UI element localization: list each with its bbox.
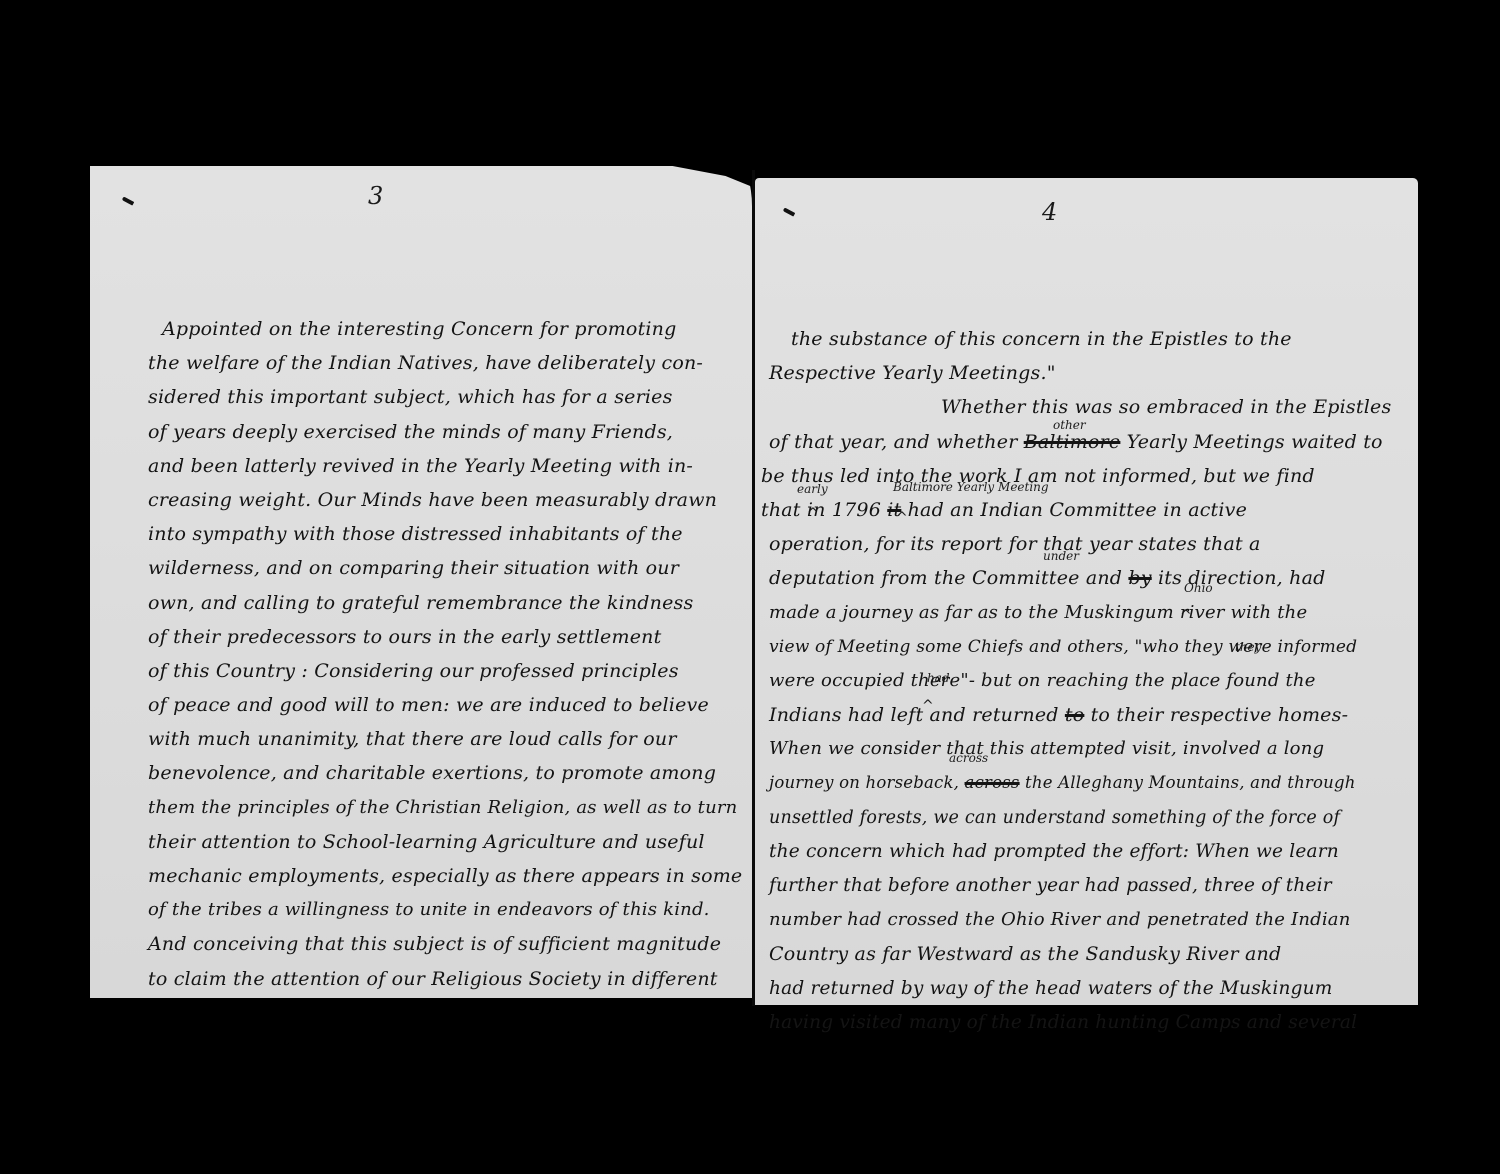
text-line: Country as far Westward as the Sandusky … bbox=[755, 937, 1418, 971]
text-line: and been latterly revived in the Yearly … bbox=[90, 449, 752, 483]
ink-mark-icon bbox=[122, 196, 134, 205]
text-line: unsettled forests, we can understand som… bbox=[755, 801, 1418, 835]
text-line: be thus led into the work I am not infor… bbox=[755, 459, 1418, 493]
text-line: having visited many of the Indian huntin… bbox=[755, 1006, 1418, 1040]
text-line: of their predecessors to ours in the ear… bbox=[90, 620, 752, 654]
text-line: deputation from the Committee and by its… bbox=[755, 561, 1418, 595]
struck-text: Baltimore bbox=[1024, 431, 1121, 453]
text-line: operation, for its report for that year … bbox=[755, 527, 1418, 561]
text-line: of years deeply exercised the minds of m… bbox=[90, 415, 752, 449]
text-line: made a journey as far as to the Muskingu… bbox=[755, 596, 1418, 630]
page-number: 4 bbox=[1042, 198, 1057, 226]
text-line: Appointed on the interesting Concern for… bbox=[90, 312, 752, 346]
text-line: the substance of this concern in the Epi… bbox=[755, 322, 1418, 356]
page-text: Appointed on the interesting Concern for… bbox=[90, 312, 752, 1030]
manuscript-page-right: 4 other early Baltimore Yearly Meeting ^… bbox=[755, 178, 1418, 1005]
struck-text: across bbox=[965, 773, 1020, 792]
text-line: When we consider that this attempted vis… bbox=[755, 732, 1418, 766]
text-line: Respective Yearly Meetings." bbox=[755, 356, 1418, 390]
manuscript-page-left: 3 Appointed on the interesting Concern f… bbox=[90, 166, 752, 998]
text-line: Whether this was so embraced in the Epis… bbox=[755, 390, 1418, 424]
text-line: of peace and good will to men: we are in… bbox=[90, 688, 752, 722]
text-line: view of Meeting some Chiefs and others, … bbox=[755, 630, 1418, 664]
text-line: sidered this important subject, which ha… bbox=[90, 380, 752, 414]
text-line: them the principles of the Christian Rel… bbox=[90, 791, 752, 825]
text-line: journey on horseback, across the Allegha… bbox=[755, 766, 1418, 800]
text-line: to claim the attention of our Religious … bbox=[90, 962, 752, 996]
struck-text: by bbox=[1128, 567, 1151, 589]
struck-text: to bbox=[1065, 704, 1084, 726]
text-line: that in 1796 it had an Indian Committee … bbox=[755, 493, 1418, 527]
text-line: the concern which had prompted the effor… bbox=[755, 835, 1418, 869]
text-line: of that year, and whether Baltimore Year… bbox=[755, 425, 1418, 459]
ink-mark-icon bbox=[783, 207, 795, 216]
text-line: creasing weight. Our Minds have been mea… bbox=[90, 483, 752, 517]
text-line: their attention to School-learning Agric… bbox=[90, 825, 752, 859]
text-line: wilderness, and on comparing their situa… bbox=[90, 551, 752, 585]
text-line: parts of this Continent, we think it may… bbox=[90, 996, 752, 1030]
text-line: were occupied there"- but on reaching th… bbox=[755, 664, 1418, 698]
text-line: with much unanimity, that there are loud… bbox=[90, 722, 752, 756]
struck-text: it bbox=[887, 499, 901, 521]
text-line: Indians had left and returned to to thei… bbox=[755, 698, 1418, 732]
text-line: had returned by way of the head waters o… bbox=[755, 972, 1418, 1006]
page-number: 3 bbox=[368, 182, 383, 210]
page-text: the substance of this concern in the Epi… bbox=[755, 322, 1418, 1040]
text-line: into sympathy with those distressed inha… bbox=[90, 517, 752, 551]
text-line: of this Country : Considering our profes… bbox=[90, 654, 752, 688]
text-line: the welfare of the Indian Natives, have … bbox=[90, 346, 752, 380]
text-line: further that before another year had pas… bbox=[755, 869, 1418, 903]
text-line: number had crossed the Ohio River and pe… bbox=[755, 903, 1418, 937]
text-line: benevolence, and charitable exertions, t… bbox=[90, 756, 752, 790]
text-line: own, and calling to grateful remembrance… bbox=[90, 586, 752, 620]
text-line: mechanic employments, especially as ther… bbox=[90, 859, 752, 893]
text-line: of the tribes a willingness to unite in … bbox=[90, 893, 752, 927]
text-line: And conceiving that this subject is of s… bbox=[90, 927, 752, 961]
